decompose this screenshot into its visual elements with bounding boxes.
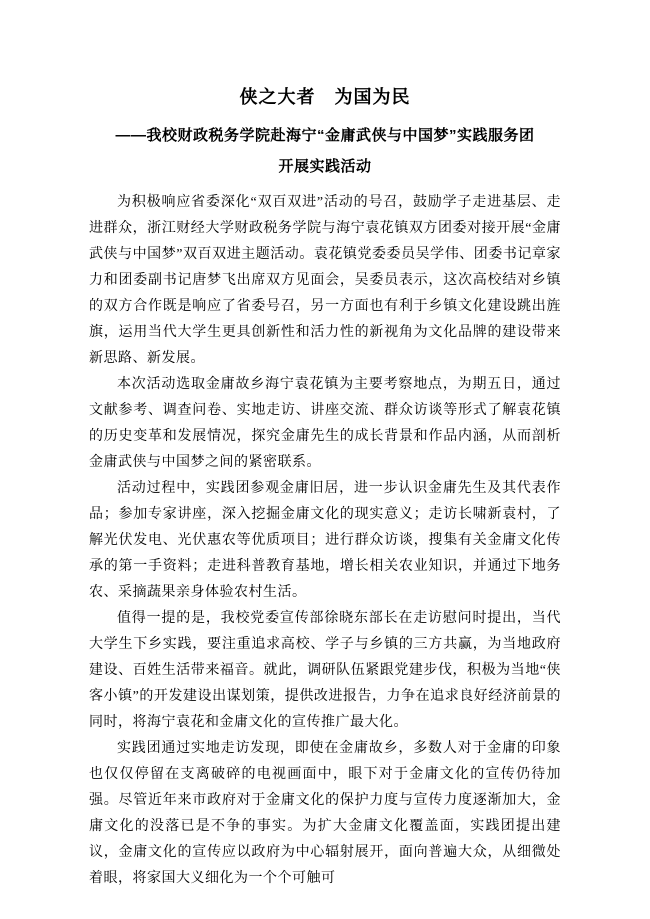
paragraph-activity-overview: 本次活动选取金庸故乡海宁袁花镇为主要考察地点，为期五日，通过文献参考、调查问卷、… [89,372,561,476]
paragraph-findings: 实践团通过实地走访发现，即使在金庸故乡，多数人对于金庸的印象也仅仅停留在支离破碎… [89,736,561,892]
document-subtitle: ——我校财政税务学院赴海宁“金庸武侠与中国梦”实践服务团 开展实践活动 [89,120,561,182]
paragraph-activity-process: 活动过程中，实践团参观金庸旧居，进一步认识金庸先生及其代表作品；参加专家讲座，深… [89,476,561,606]
paragraph-intro: 为积极响应省委深化“双百双进”活动的号召，鼓励学子走进基层、走进群众，浙江财经大… [89,190,561,372]
document-subtitle-line-1: ——我校财政税务学院赴海宁“金庸武侠与中国梦”实践服务团 [89,120,561,151]
document-subtitle-line-2: 开展实践活动 [89,151,561,182]
document-title: 侠之大者 为国为民 [89,84,561,110]
document-page: 侠之大者 为国为民 ——我校财政税务学院赴海宁“金庸武侠与中国梦”实践服务团 开… [0,0,650,919]
document-body: 为积极响应省委深化“双百双进”活动的号召，鼓励学子走进基层、走进群众，浙江财经大… [89,190,561,892]
paragraph-leader-remarks: 值得一提的是，我校党委宣传部徐晓东部长在走访慰问时提出，当代大学生下乡实践，要注… [89,606,561,736]
